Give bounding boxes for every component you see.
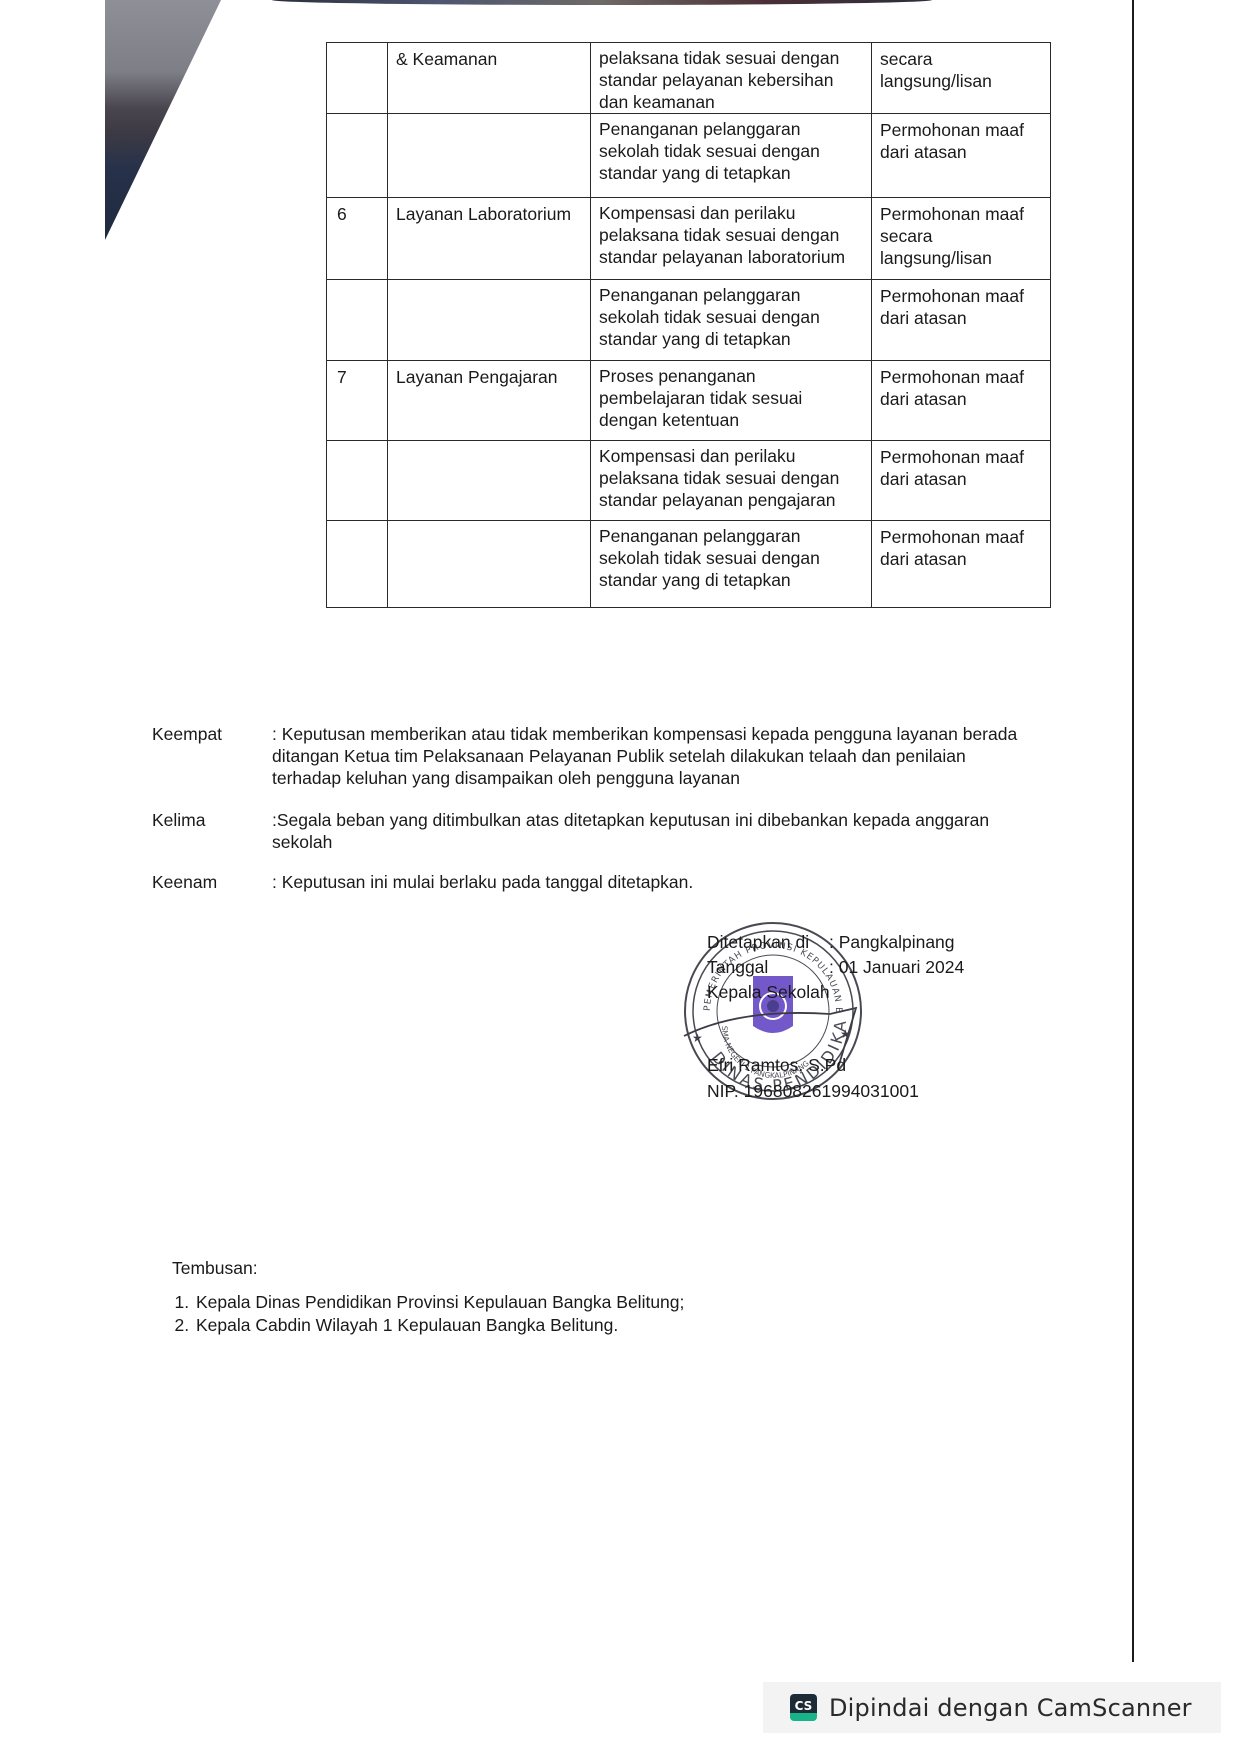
- place-row: Ditetapkan di : Pangkalpinang: [707, 930, 830, 955]
- cell-number: [327, 441, 388, 521]
- cell-number: [327, 114, 388, 198]
- cell-remedy: Permohonan maaf dari atasan: [872, 114, 1051, 198]
- clause-label: Kelima: [152, 809, 206, 831]
- cell-issue: Proses penanganan pembelajaran tidak ses…: [591, 361, 872, 441]
- cell-issue: Penanganan pelanggaran sekolah tidak ses…: [591, 114, 872, 198]
- cell-issue: Kompensasi dan perilaku pelaksana tidak …: [591, 441, 872, 521]
- cell-service: [388, 114, 591, 198]
- cell-remedy: Permohonan maaf dari atasan: [872, 521, 1051, 608]
- table-row: Penanganan pelanggaran sekolah tidak ses…: [327, 114, 1051, 198]
- list-item: Kepala Dinas Pendidikan Provinsi Kepulau…: [194, 1291, 684, 1314]
- signer-name: Efri Ramtos, S.Pd: [707, 1055, 846, 1076]
- clause-text: : Keputusan ini mulai berlaku pada tangg…: [272, 871, 1032, 893]
- signature-block: Ditetapkan di : Pangkalpinang Tanggal : …: [707, 930, 830, 1005]
- cell-number: 7: [327, 361, 388, 441]
- clause-label: Keenam: [152, 871, 217, 893]
- page-edge-line: [1132, 0, 1134, 1662]
- cell-issue: Penanganan pelanggaran sekolah tidak ses…: [591, 280, 872, 361]
- svg-text:★: ★: [692, 1031, 703, 1045]
- list-item: Kepala Cabdin Wilayah 1 Kepulauan Bangka…: [194, 1314, 684, 1337]
- clause-keempat: Keempat : Keputusan memberikan atau tida…: [152, 723, 1032, 789]
- place-label: Ditetapkan di: [707, 930, 809, 955]
- scan-top-edge: [272, 0, 932, 5]
- cell-number: [327, 280, 388, 361]
- scan-shadow-edge: [105, 0, 221, 240]
- cell-remedy: Permohonan maaf secara langsung/lisan: [872, 198, 1051, 280]
- cell-service: Layanan Laboratorium: [388, 198, 591, 280]
- table-row: 6 Layanan Laboratorium Kompensasi dan pe…: [327, 198, 1051, 280]
- table-row: 7 Layanan Pengajaran Proses penanganan p…: [327, 361, 1051, 441]
- cell-remedy: Permohonan maaf dari atasan: [872, 441, 1051, 521]
- cell-number: [327, 43, 388, 114]
- date-row: Tanggal : 01 Januari 2024: [707, 955, 830, 980]
- table-row: Kompensasi dan perilaku pelaksana tidak …: [327, 441, 1051, 521]
- cell-issue: Penanganan pelanggaran sekolah tidak ses…: [591, 521, 872, 608]
- cell-service: [388, 280, 591, 361]
- clause-label: Keempat: [152, 723, 222, 745]
- tembusan-title: Tembusan:: [172, 1257, 684, 1280]
- cell-issue: Kompensasi dan perilaku pelaksana tidak …: [591, 198, 872, 280]
- position-row: Kepala Sekolah: [707, 980, 830, 1005]
- camscanner-logo-icon: CS: [790, 1694, 817, 1721]
- cell-service: [388, 521, 591, 608]
- place-value: : Pangkalpinang: [829, 930, 955, 955]
- date-label: Tanggal: [707, 955, 768, 980]
- table-row: Penanganan pelanggaran sekolah tidak ses…: [327, 521, 1051, 608]
- svg-text:★: ★: [840, 1027, 851, 1041]
- clause-keenam: Keenam : Keputusan ini mulai berlaku pad…: [152, 871, 1032, 893]
- signer-position: Kepala Sekolah: [707, 980, 830, 1005]
- camscanner-text: Dipindai dengan CamScanner: [829, 1694, 1192, 1722]
- cell-issue: pelaksana tidak sesuai dengan standar pe…: [591, 43, 872, 114]
- cell-service: [388, 441, 591, 521]
- cell-number: 6: [327, 198, 388, 280]
- table-row: & Keamanan pelaksana tidak sesuai dengan…: [327, 43, 1051, 114]
- cell-remedy: Permohonan maaf dari atasan: [872, 361, 1051, 441]
- clause-kelima: Kelima :Segala beban yang ditimbulkan at…: [152, 809, 1032, 853]
- camscanner-watermark: CS Dipindai dengan CamScanner: [763, 1682, 1221, 1733]
- clause-text: : Keputusan memberikan atau tidak member…: [272, 723, 1032, 789]
- cell-service: & Keamanan: [388, 43, 591, 114]
- tembusan-list: Kepala Dinas Pendidikan Provinsi Kepulau…: [172, 1291, 684, 1337]
- date-value: : 01 Januari 2024: [829, 955, 964, 980]
- clause-text: :Segala beban yang ditimbulkan atas dite…: [272, 809, 1032, 853]
- cell-remedy: secara langsung/lisan: [872, 43, 1051, 114]
- table-row: Penanganan pelanggaran sekolah tidak ses…: [327, 280, 1051, 361]
- cell-number: [327, 521, 388, 608]
- cell-remedy: Permohonan maaf dari atasan: [872, 280, 1051, 361]
- cell-service: Layanan Pengajaran: [388, 361, 591, 441]
- signer-nip: NIP. 196808261994031001: [707, 1081, 919, 1102]
- compensation-table: & Keamanan pelaksana tidak sesuai dengan…: [326, 42, 1051, 608]
- tembusan-section: Tembusan: Kepala Dinas Pendidikan Provin…: [172, 1257, 684, 1337]
